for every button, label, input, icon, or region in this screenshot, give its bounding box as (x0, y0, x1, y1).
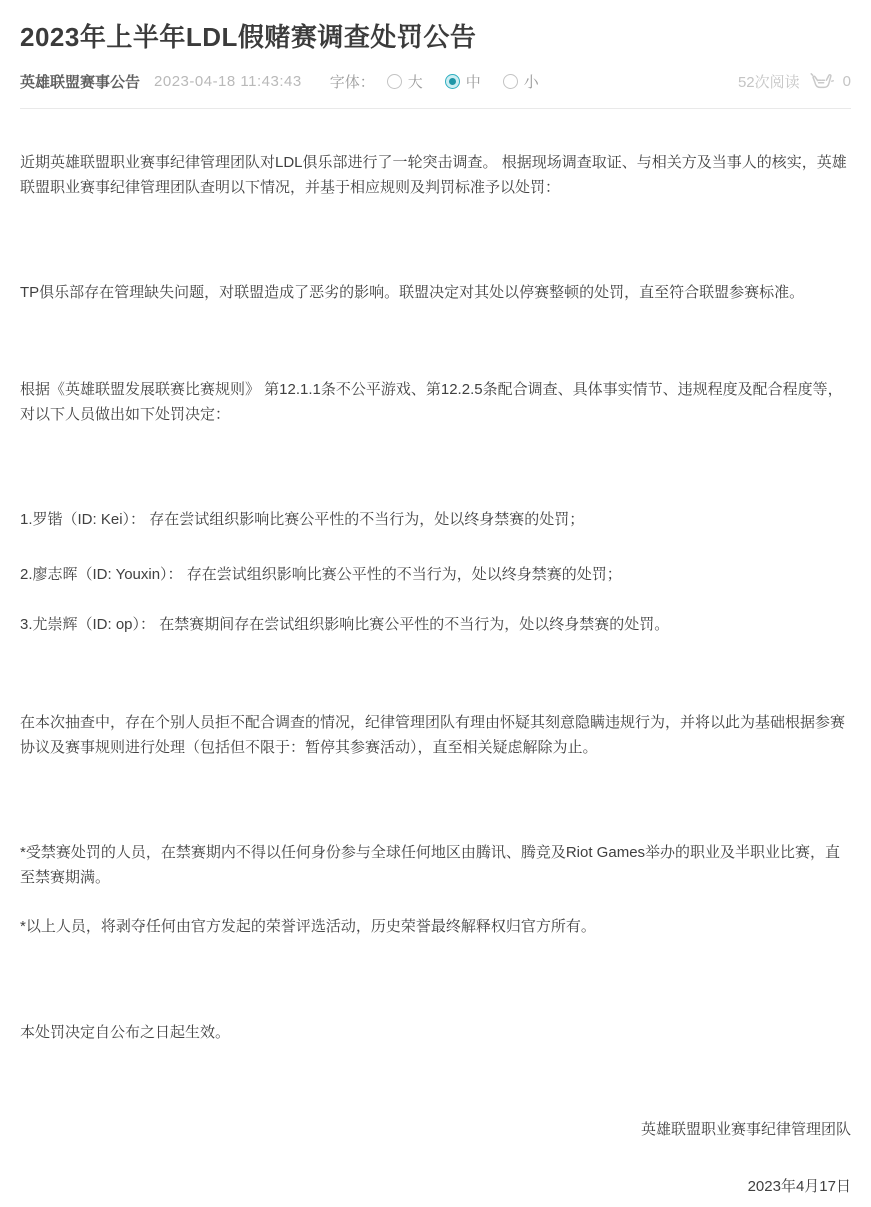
radio-icon[interactable] (387, 74, 402, 89)
penalty-item-3: 3.尤崇辉（ID: op）： 在禁赛期间存在尝试组织影响比赛公平性的不当行为，处… (20, 612, 851, 637)
announcement-body: 近期英雄联盟职业赛事纪律管理团队对LDL俱乐部进行了一轮突击调查。 根据现场调查… (20, 109, 851, 1199)
radio-icon[interactable] (503, 74, 518, 89)
read-count: 52次阅读 (738, 71, 800, 92)
font-size-option-label: 中 (466, 71, 481, 92)
paragraph-non-cooperation: 在本次抽查中，存在个别人员拒不配合调查的情况，纪律管理团队有理由怀疑其刻意隐瞒违… (20, 710, 851, 760)
font-size-option-large[interactable]: 大 (387, 71, 423, 92)
page-title: 2023年上半年LDL假赌赛调查处罚公告 (20, 20, 851, 54)
signature-team: 英雄联盟职业赛事纪律管理团队 (20, 1117, 851, 1142)
penalty-item-2: 2.廖志晖（ID: Youxin）： 存在尝试组织影响比赛公平性的不当行为，处以… (20, 562, 851, 587)
publish-datetime: 2023-04-18 11:43:43 (154, 73, 302, 90)
category-label: 英雄联盟赛事公告 (20, 71, 140, 92)
signature-date: 2023年4月17日 (20, 1174, 851, 1199)
paragraph-effective-date: 本处罚决定自公布之日起生效。 (20, 1020, 851, 1045)
meta-right-group: 52次阅读 0 (738, 71, 851, 92)
font-size-label: 字体： (330, 71, 375, 92)
font-size-option-small[interactable]: 小 (503, 71, 539, 92)
hand-666-gesture-icon (809, 71, 835, 91)
paragraph-rules-basis: 根据《英雄联盟发展联赛比赛规则》 第12.1.1条不公平游戏、第12.2.5条配… (20, 377, 851, 427)
note-ban-scope: *受禁赛处罚的人员，在禁赛期内不得以任何身份参与全球任何地区由腾讯、腾竞及Rio… (20, 840, 851, 890)
font-size-radio-group: 大 中 小 (387, 71, 539, 92)
note-honor-revocation: *以上人员，将剥夺任何由官方发起的荣誉评选活动，历史荣誉最终解释权归官方所有。 (20, 914, 851, 939)
font-size-option-label: 小 (524, 71, 539, 92)
font-size-option-medium[interactable]: 中 (445, 71, 481, 92)
like-button[interactable]: 0 (809, 71, 851, 91)
penalty-item-1: 1.罗锴（ID: Kei）： 存在尝试组织影响比赛公平性的不当行为，处以终身禁赛… (20, 507, 851, 532)
paragraph-intro: 近期英雄联盟职业赛事纪律管理团队对LDL俱乐部进行了一轮突击调查。 根据现场调查… (20, 150, 851, 200)
paragraph-tp-club-penalty: TP俱乐部存在管理缺失问题，对联盟造成了恶劣的影响。联盟决定对其处以停赛整顿的处… (20, 280, 851, 305)
announcement-page: 2023年上半年LDL假赌赛调查处罚公告 英雄联盟赛事公告 2023-04-18… (0, 0, 871, 1207)
font-size-option-label: 大 (408, 71, 423, 92)
meta-row: 英雄联盟赛事公告 2023-04-18 11:43:43 字体： 大 中 小 5… (20, 70, 851, 92)
like-count: 0 (843, 73, 851, 90)
radio-icon[interactable] (445, 74, 460, 89)
